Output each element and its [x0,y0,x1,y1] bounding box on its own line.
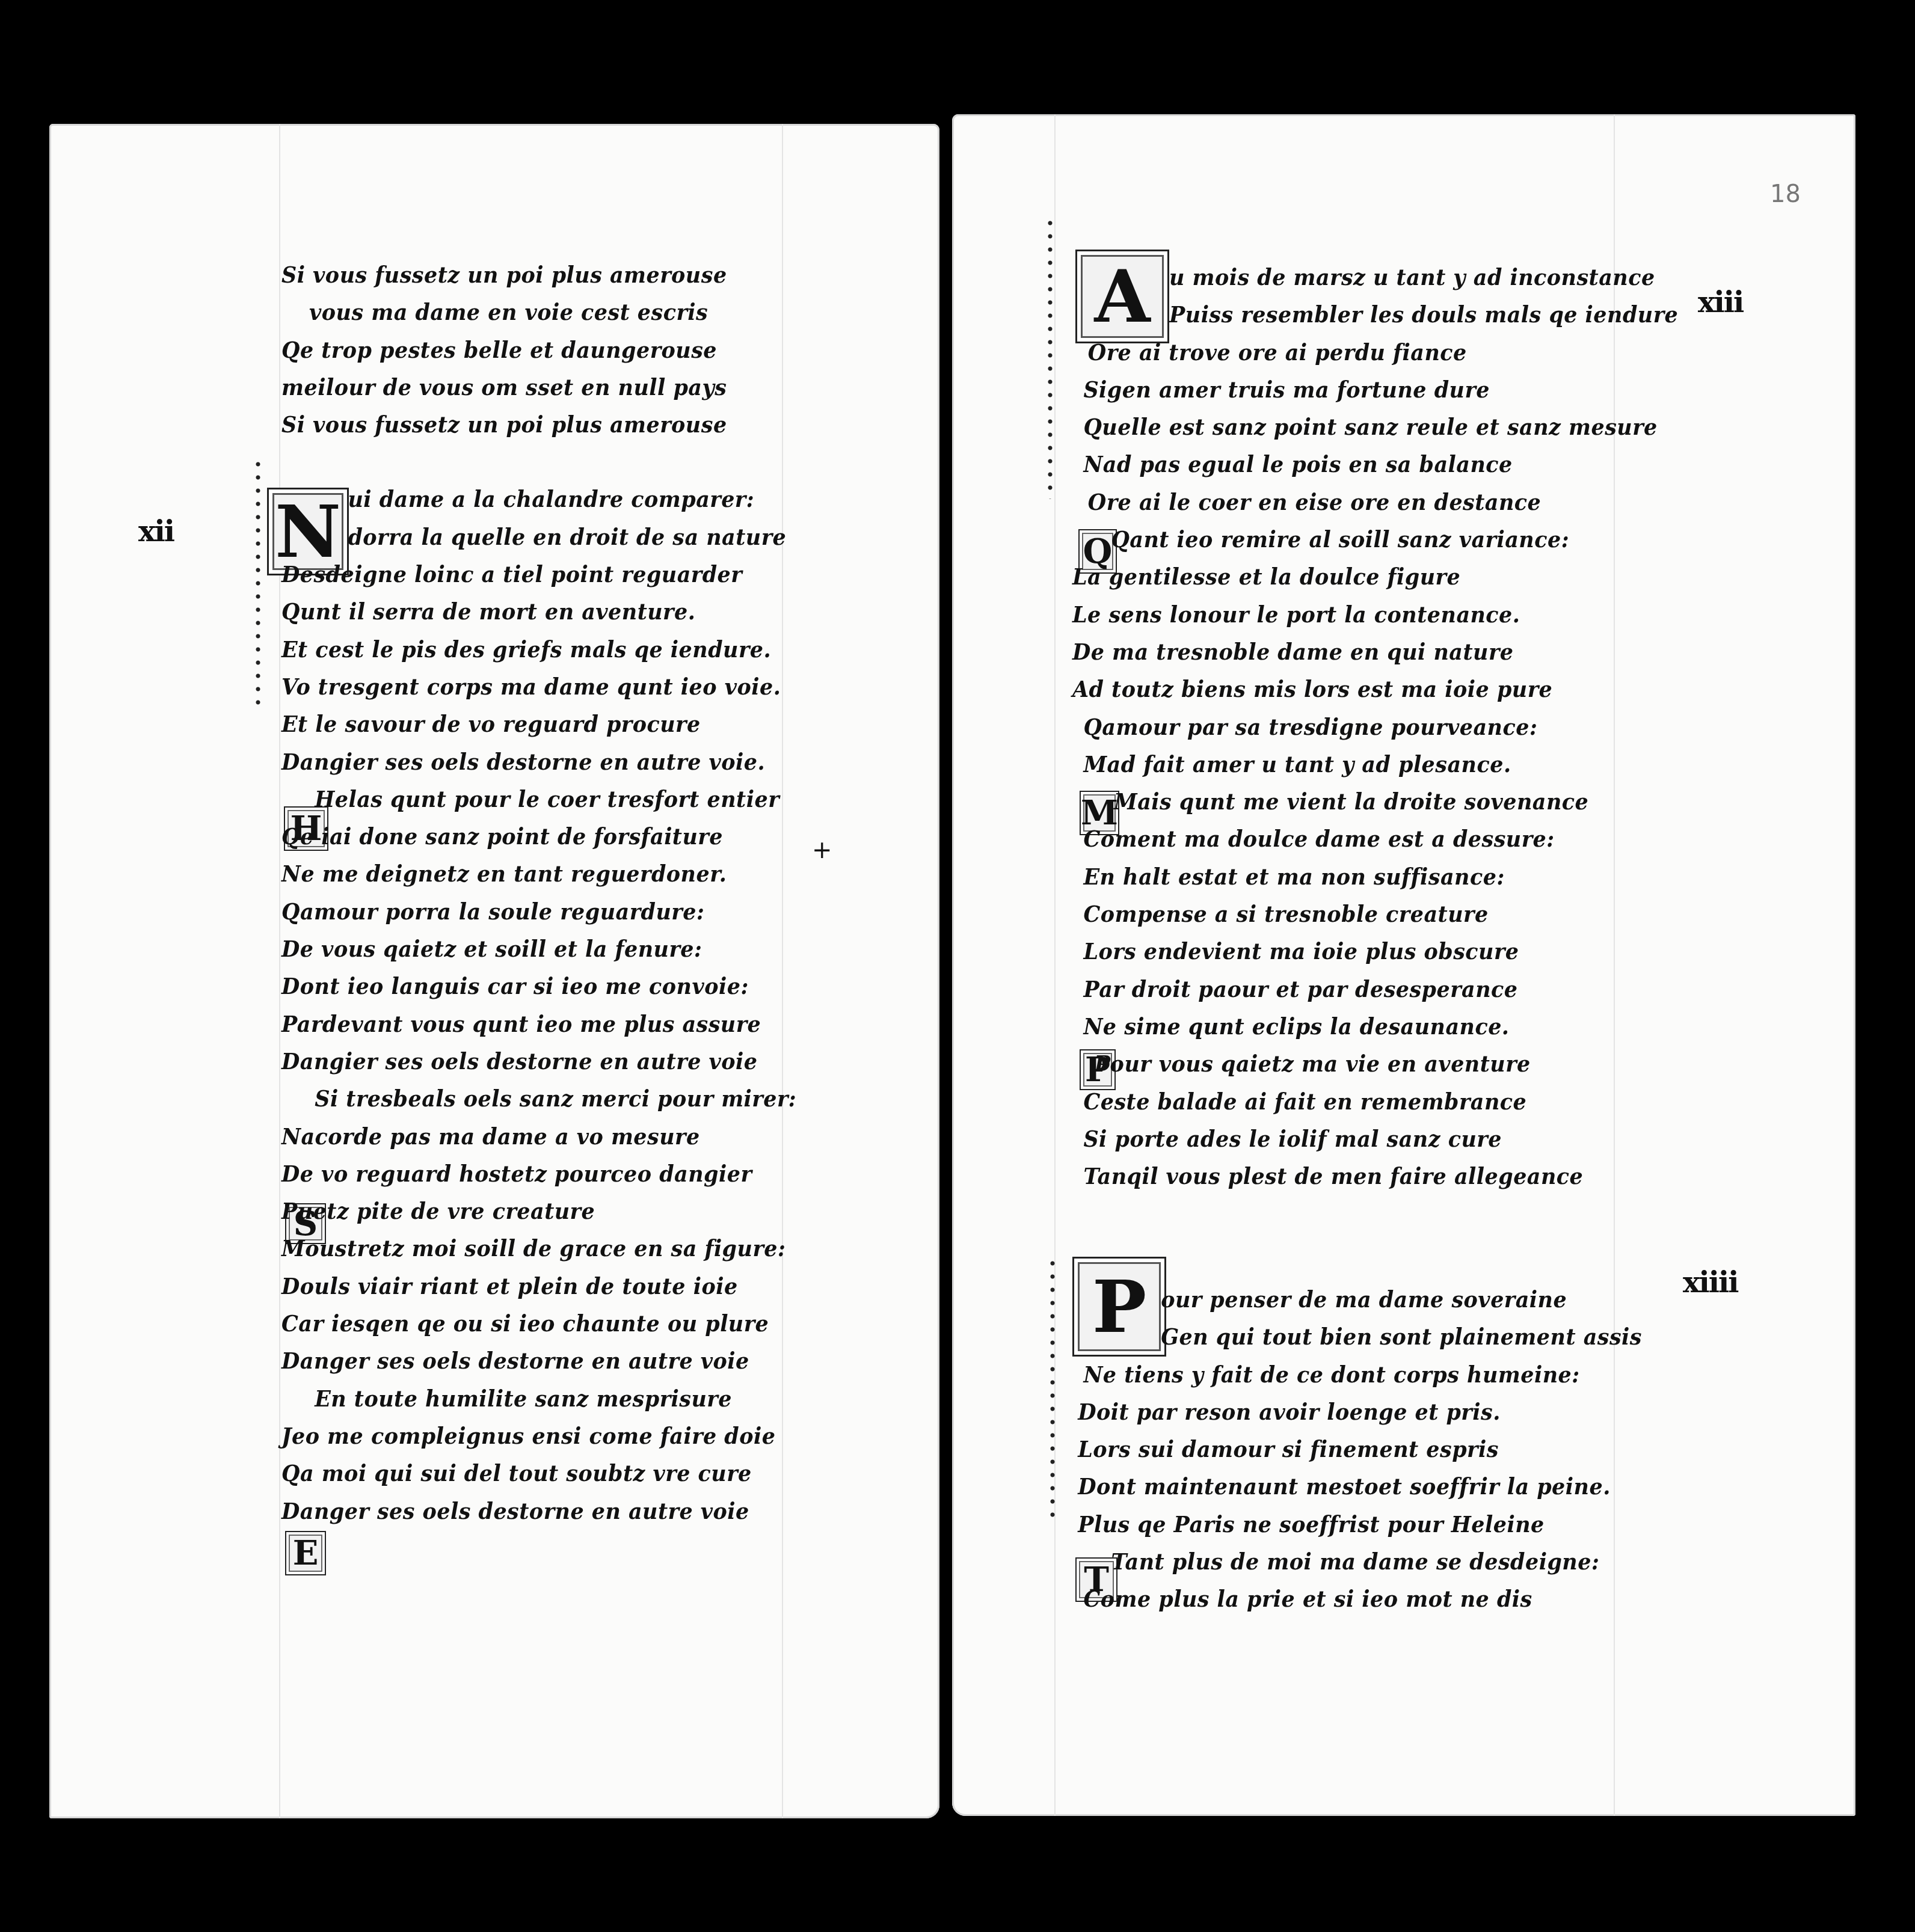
verse-line: En halt estat et ma non suffisance: [1072,858,1678,895]
verse-line: meilour de vous om sset en null pays [281,369,796,406]
verse-line: Ceste balade ai fait en remembrance [1072,1083,1678,1120]
verse-line: Si vous fussetz un poi plus amerouse [281,256,796,293]
ruling-line [279,124,280,1818]
verse-line: u mois de marsz u tant y ad inconstance [1072,259,1678,296]
margin-numeral: xii [138,515,174,548]
verse-line: La gentilesse et la doulce figure [1072,558,1678,595]
left-verse-block: Si vous fussetz un poi plus amerouse vou… [281,256,841,1530]
verse-line: De vo reguard hostetz pourceo dangier [281,1155,796,1192]
verse-line: ui dame a la chalandre comparer: [281,480,796,518]
verse-line: Vo tresgent corps ma dame qunt ieo voie. [281,668,796,705]
verse-line: Gen qui tout bien sont plainement assis [1072,1318,1642,1355]
verse-line: Ne sime qunt eclips la desaunance. [1072,1008,1678,1045]
verse-line: Puiss resembler les douls mals qe iendur… [1072,296,1678,333]
verse-line: Qamour par sa tresdigne pourveance: [1072,708,1678,746]
verse-line: Come plus la prie et si ieo mot ne dis [1072,1580,1642,1618]
verse-line: Doit par reson avoir loenge et pris. [1072,1393,1642,1431]
verse-line: Danger ses oels destorne en autre voie [281,1342,796,1379]
verse-line: Dangier ses oels destorne en autre voie [281,1043,796,1080]
verse-line: Et le savour de vo reguard procure [281,705,796,743]
verse-line: Dangier ses oels destorne en autre voie. [281,743,796,780]
verse-line: Ad toutz biens mis lors est ma ioie pure [1072,670,1678,708]
verse-line: Sigen amer truis ma fortune dure [1072,371,1678,408]
ballade-1-verse-block: u mois de marsz u tant y ad inconstance … [1072,259,1731,1195]
verse-line: Tant plus de moi ma dame se desdeigne: [1072,1543,1642,1580]
verse-line: Pour vous qaietz ma vie en aventure [1072,1045,1678,1082]
verse-line: Plus qe Paris ne soeffrist pour Heleine [1072,1506,1642,1543]
verse-line: Nacorde pas ma dame a vo mesure [281,1118,796,1155]
verse-line: Le sens lonour le port la contenance. [1072,596,1678,633]
verse-line: Si porte ades le iolif mal sanz cure [1072,1120,1678,1158]
verse-line: De vous qaietz et soill et la fenure: [281,930,796,968]
verse-line: Puetz pite de vre creature [281,1192,796,1230]
decorative-dots [255,458,261,710]
left-page: xii N H S E + Si vous fussetz un poi plu… [49,124,939,1818]
verse-line: Par droit paour et par desesperance [1072,971,1678,1008]
verse-line: Qunt il serra de mort en aventure. [281,593,796,630]
verse-line: Car iesqen qe ou si ieo chaunte ou plure [281,1305,796,1342]
illuminated-initial: E [285,1531,326,1575]
verse-line: Qant ieo remire al soill sanz variance: [1072,521,1678,558]
verse-line: Danger ses oels destorne en autre voie [281,1492,796,1530]
verse-line: Ore ai le coer en eise ore en destance [1072,483,1678,521]
verse-line: Et cest le pis des griefs mals qe iendur… [281,631,796,668]
verse-line: Ore ai trove ore ai perdu fiance [1072,334,1678,371]
decorative-dots [1047,216,1053,499]
verse-line: Lors endevient ma ioie plus obscure [1072,933,1678,970]
verse-line: our penser de ma dame soveraine [1072,1281,1642,1318]
blank-line [281,443,796,480]
verse-line: Lors sui damour si finement espris [1072,1431,1642,1468]
folio-number: 18 [1770,180,1801,208]
verse-line: Moustretz moi soill de grace en sa figur… [281,1230,796,1267]
ruling-line [1054,114,1056,1816]
right-page: 18 xiii xiiii A Q M P P T u mois de mars… [952,114,1855,1816]
verse-line: Coment ma doulce dame est a dessure: [1072,820,1678,857]
verse-line: Tanqil vous plest de men faire allegeanc… [1072,1158,1678,1195]
verse-line: En toute humilite sanz mesprisure [281,1380,796,1417]
verse-line: Ne tiens y fait de ce dont corps humeine… [1072,1356,1642,1393]
verse-line: Dont maintenaunt mestoet soeffrir la pei… [1072,1468,1642,1505]
verse-line: Dont ieo languis car si ieo me convoie: [281,968,796,1005]
verse-line: Quelle est sanz point sanz reule et sanz… [1072,408,1678,446]
verse-line: Qamour porra la soule reguardure: [281,893,796,930]
verse-line: Helas qunt pour le coer tresfort entier [281,780,796,818]
verse-line: Mais qunt me vient la droite sovenance [1072,783,1678,820]
verse-line: dorra la quelle en droit de sa nature [281,518,796,556]
verse-line: Qe iai done sanz point de forsfaiture [281,818,796,855]
verse-line: Jeo me compleignus ensi come faire doie [281,1417,796,1455]
verse-line: Desdeigne loinc a tiel point reguarder [281,556,796,593]
verse-line: Si vous fussetz un poi plus amerouse [281,406,796,443]
verse-line: De ma tresnoble dame en qui nature [1072,633,1678,670]
verse-line: vous ma dame en voie cest escris [281,293,796,331]
verse-line: Douls viair riant et plein de toute ioie [281,1268,796,1305]
verse-line: Compense a si tresnoble creature [1072,895,1678,933]
verse-line: Ne me deignetz en tant reguerdoner. [281,855,796,892]
verse-line: Qa moi qui sui del tout soubtz vre cure [281,1455,796,1492]
verse-line: Pardevant vous qunt ieo me plus assure [281,1005,796,1043]
verse-line: Qe trop pestes belle et daungerouse [281,331,796,369]
ballade-2-verse-block: our penser de ma dame soveraine Gen qui … [1072,1281,1691,1618]
verse-line: Nad pas egual le pois en sa balance [1072,446,1678,483]
verse-line: Mad fait amer u tant y ad plesance. [1072,746,1678,783]
decorative-dots [1050,1257,1056,1521]
verse-line: Si tresbeals oels sanz merci pour mirer: [281,1080,796,1117]
